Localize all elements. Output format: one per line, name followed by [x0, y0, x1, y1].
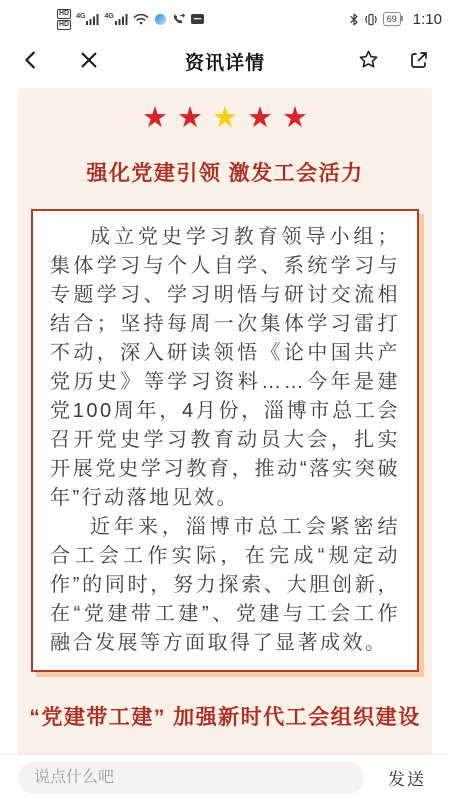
nav-right-group: [357, 48, 430, 74]
comment-bar: 发送: [0, 755, 450, 800]
hd-voice-icon: HD: [57, 20, 71, 30]
rating-star-icon[interactable]: ★: [282, 104, 308, 133]
chevron-left-icon: [20, 49, 42, 74]
status-bar: HD HD 4G 4G: [0, 0, 450, 34]
rating-star-icon[interactable]: ★: [142, 104, 168, 133]
signal-strength-icon: 4G: [76, 13, 99, 25]
back-button[interactable]: [20, 49, 42, 74]
battery-level: 69: [387, 14, 397, 24]
vibrate-icon: [364, 13, 378, 26]
article-text-box: 成立党史学习教育领导小组；集体学习与个人自学、系统学习与专题学习、学习明悟与研讨…: [31, 209, 419, 672]
rating-star-icon[interactable]: ★: [177, 104, 203, 133]
nav-left-group: [20, 49, 100, 74]
signal-strength-icon: 4G: [104, 13, 127, 25]
rating-stars: ★ ★ ★ ★ ★: [18, 104, 432, 133]
clock-time: 1:10: [413, 11, 442, 28]
share-icon: [408, 49, 430, 74]
article-paragraph: 近年来，淄博市总工会紧密结合工会工作实际，在完成“规定动作”的同时，努力探索、大…: [50, 513, 400, 658]
article-card: ★ ★ ★ ★ ★ 强化党建引领 激发工会活力 成立党史学习教育领导小组；集体学…: [18, 88, 432, 755]
network-type-label: 4G: [104, 13, 113, 20]
hd-voice-icon: HD: [57, 9, 71, 19]
app-screen: HD HD 4G 4G: [0, 0, 450, 800]
star-outline-icon: [357, 48, 380, 74]
wifi-icon: [133, 13, 149, 25]
status-right-icons: 69 1:10: [349, 11, 442, 28]
close-icon: [78, 49, 100, 74]
send-button[interactable]: 发送: [382, 764, 432, 791]
nav-bar: 资讯详情: [0, 34, 450, 88]
article-paragraph: 成立党史学习教育领导小组；集体学习与个人自学、系统学习与专题学习、学习明悟与研讨…: [50, 223, 400, 513]
section-heading-secondary: “党建带工建” 加强新时代工会组织建设: [18, 700, 432, 735]
rating-star-icon[interactable]: ★: [247, 104, 273, 133]
assistant-bubble-icon: [154, 13, 167, 26]
rating-star-icon[interactable]: ★: [212, 104, 238, 133]
share-button[interactable]: [408, 49, 430, 74]
bluetooth-icon: [349, 13, 359, 26]
battery-icon: 69: [383, 12, 401, 26]
hd-voice-icons: HD HD: [57, 9, 71, 30]
favorite-button[interactable]: [357, 48, 380, 74]
network-type-label: 4G: [76, 13, 85, 20]
close-button[interactable]: [78, 49, 100, 74]
call-forward-icon: [172, 13, 186, 25]
status-left-icons: HD HD 4G 4G: [57, 9, 204, 30]
article-content-area: ★ ★ ★ ★ ★ 强化党建引领 激发工会活力 成立党史学习教育领导小组；集体学…: [0, 88, 450, 755]
sim-toolkit-icon: [191, 14, 204, 24]
section-heading-primary: 强化党建引领 激发工会活力: [18, 157, 432, 187]
comment-input[interactable]: [18, 762, 364, 794]
